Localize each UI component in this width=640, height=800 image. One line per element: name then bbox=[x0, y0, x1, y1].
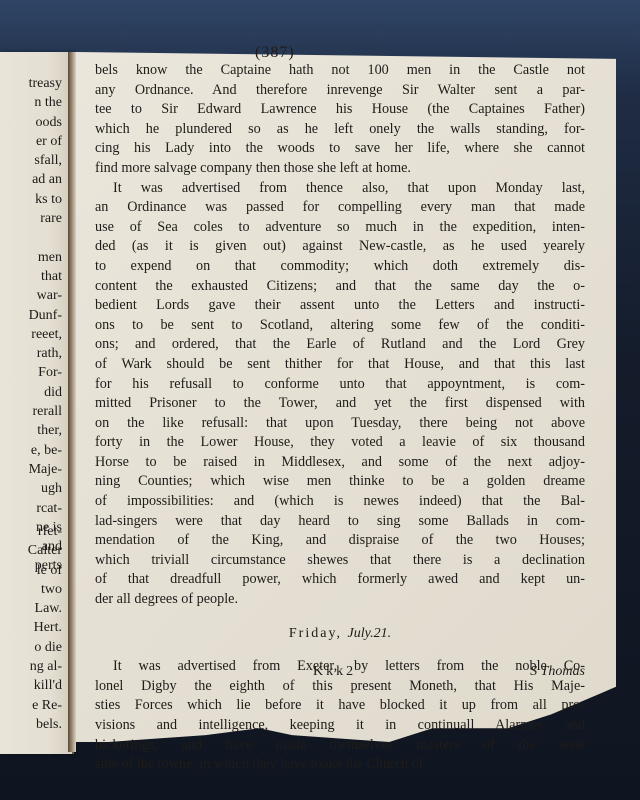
text-line: ning Counties; which wise men thinke to … bbox=[95, 472, 585, 492]
text-line: bickerings; and have made themselves mas… bbox=[95, 736, 585, 756]
facing-page-left: treasyn theoodser ofsfall,ad anks torare… bbox=[0, 52, 74, 754]
left-page-fragment: rcat- bbox=[2, 499, 62, 518]
left-page-fragment: kill'd bbox=[2, 676, 62, 695]
left-page-fragment: Law. bbox=[2, 599, 62, 618]
text-line: use of Sea coles to adventure so much in… bbox=[95, 218, 585, 238]
heading-day: Friday, bbox=[289, 626, 342, 641]
left-page-fragment: rfet- bbox=[2, 522, 62, 541]
text-line: mitted Prisoner to the Tower, and yet th… bbox=[95, 394, 585, 414]
text-line: find more salvage company then those she… bbox=[95, 159, 585, 179]
left-page-fragment bbox=[2, 228, 62, 247]
left-page-fragment: oods bbox=[2, 113, 62, 132]
left-page-fragment: bels. bbox=[2, 715, 62, 734]
text-line: for his refusall to conforme unto that a… bbox=[95, 375, 585, 395]
left-page-fragment: war- bbox=[2, 286, 62, 305]
text-line: ded (as it is given out) against New-cas… bbox=[95, 237, 585, 257]
text-line: cing his Lady into the woods to save her… bbox=[95, 139, 585, 159]
text-line: side of the towne, in which they have to… bbox=[95, 755, 585, 775]
heading-date: July.21. bbox=[348, 626, 392, 641]
left-page-fragment: rath, bbox=[2, 344, 62, 363]
left-page-text-fragments-lower: rfet-Calterle oftwoLaw.Hert.o dieng al-k… bbox=[2, 522, 62, 734]
left-page-fragment: sfall, bbox=[2, 151, 62, 170]
left-page-fragment: o die bbox=[2, 638, 62, 657]
left-page-fragment: treasy bbox=[2, 74, 62, 93]
left-page-fragment: le of bbox=[2, 561, 62, 580]
text-line: ons to be sent to Scotland, altering som… bbox=[95, 316, 585, 336]
text-line: of impossibilities: and (which is newes … bbox=[95, 492, 585, 512]
text-line: an Ordinance was passed for compelling e… bbox=[95, 198, 585, 218]
left-page-fragment: two bbox=[2, 580, 62, 599]
signature-mark: Kkk2 bbox=[313, 664, 356, 680]
left-page-fragment: n the bbox=[2, 93, 62, 112]
text-line: lad-singers were that day heard to sing … bbox=[95, 512, 585, 532]
left-page-fragment: er of bbox=[2, 132, 62, 151]
text-line: to expend on that commodity; which doth … bbox=[95, 257, 585, 277]
text-line: Horse to be raised in Middlesex, and som… bbox=[95, 453, 585, 473]
left-page-text-fragments-upper: treasyn theoodser ofsfall,ad anks torare… bbox=[2, 74, 62, 576]
left-page-fragment: For- bbox=[2, 363, 62, 382]
text-line: It was advertised from thence also, that… bbox=[95, 179, 585, 199]
left-page-fragment: Maje- bbox=[2, 460, 62, 479]
text-line: bels know the Captaine hath not 100 men … bbox=[95, 61, 585, 81]
text-line: visions and intelligence, keeping it in … bbox=[95, 716, 585, 736]
book-gutter bbox=[68, 52, 76, 752]
left-page-fragment: reeet, bbox=[2, 325, 62, 344]
text-line: which he plundered so as he left onely t… bbox=[95, 120, 585, 140]
left-page-fragment: Calter bbox=[2, 541, 62, 560]
text-line: forty in the Lower House, they voted a l… bbox=[95, 433, 585, 453]
text-line: content the exhausted Citizens; and that… bbox=[95, 277, 585, 297]
text-line: any Ordnance. And therefore inrevenge Si… bbox=[95, 81, 585, 101]
paragraph-2: It was advertised from thence also, that… bbox=[95, 179, 585, 610]
left-page-fragment: e, be- bbox=[2, 441, 62, 460]
text-line: der all degrees of people. bbox=[95, 590, 585, 610]
text-line: ons; and ordered, that the Earle of Rutl… bbox=[95, 335, 585, 355]
left-page-fragment: ad an bbox=[2, 170, 62, 189]
left-page-fragment: Dunf- bbox=[2, 306, 62, 325]
text-line: bedient Lords gave their assent unto the… bbox=[95, 296, 585, 316]
text-line: which triviall circumstance shewes that … bbox=[95, 551, 585, 571]
left-page-fragment: e Re- bbox=[2, 696, 62, 715]
left-page-fragment: that bbox=[2, 267, 62, 286]
left-page-fragment: ther, bbox=[2, 421, 62, 440]
text-line: of Wark should be sent thither for that … bbox=[95, 355, 585, 375]
text-line: sties Forces which lie before it have bl… bbox=[95, 696, 585, 716]
left-page-fragment: men bbox=[2, 248, 62, 267]
left-page-fragment: ng al- bbox=[2, 657, 62, 676]
left-page-fragment: did bbox=[2, 383, 62, 402]
left-page-fragment: rare bbox=[2, 209, 62, 228]
left-page-fragment: ugh bbox=[2, 479, 62, 498]
text-line: of that dreadfull power, which formerly … bbox=[95, 570, 585, 590]
catchword: S Thomas bbox=[530, 664, 585, 680]
text-line: tee to Sir Edward Lawrence his House (th… bbox=[95, 100, 585, 120]
left-page-fragment: Hert. bbox=[2, 618, 62, 637]
paragraph-1: bels know the Captaine hath not 100 men … bbox=[95, 61, 585, 179]
left-page-fragment: ks to bbox=[2, 190, 62, 209]
page-number: (387) bbox=[255, 44, 295, 62]
text-line: on the like refusall: that upon Tuesday,… bbox=[95, 414, 585, 434]
left-page-fragment: rerall bbox=[2, 402, 62, 421]
text-line: mendation of the King, and dispraise of … bbox=[95, 531, 585, 551]
date-heading: Friday, July.21. bbox=[95, 624, 585, 644]
